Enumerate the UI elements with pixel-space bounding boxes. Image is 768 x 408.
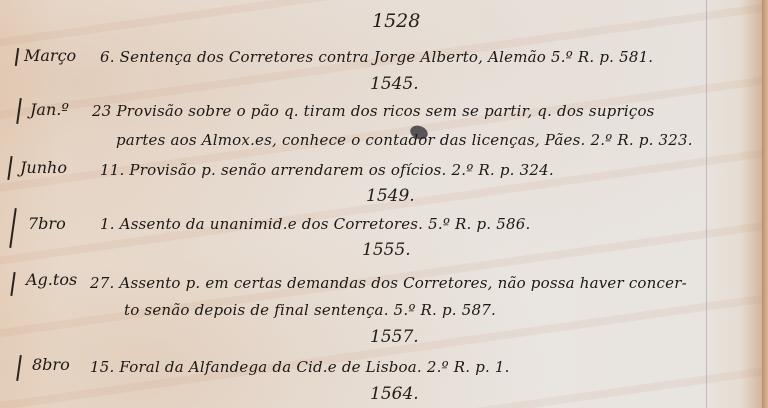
entry-month: Jan.º [30,100,69,119]
entry-text: 11. Provisão p. senão arrendarem os ofíc… [100,161,554,179]
year-heading-1528: 1528 [372,10,420,32]
entry-month: 7bro [28,214,66,233]
margin-rule [706,0,707,408]
year-heading-1545: 1545. [370,74,419,94]
entry-text: 27. Assento p. em certas demandas dos Co… [90,274,687,292]
entry-month: Março [24,46,76,65]
margin-mark [10,272,15,296]
entry-text: 6. Sentença dos Corretores contra Jorge … [100,48,653,66]
entry-text: 15. Foral da Alfandega da Cid.e de Lisbo… [90,358,510,376]
margin-mark [15,48,19,66]
year-heading-1549: 1549. [366,186,415,206]
margin-mark [16,98,22,124]
year-heading-1557: 1557. [370,327,419,347]
entry-month: Junho [20,158,67,177]
entry-month: Ag.tos [26,270,77,289]
year-heading-1564: 1564. [370,384,419,404]
entry-text: 23 Provisão sobre o pão q. tiram dos ric… [92,102,655,120]
margin-mark [9,208,17,248]
entry-text: 1. Assento da unanimid.e dos Corretores.… [100,215,530,233]
entry-continuation: partes aos Almox.es, conhece o contador … [116,131,693,149]
page-edge [762,0,768,408]
entry-month: 8bro [32,355,70,374]
year-heading-1555: 1555. [362,240,411,260]
margin-mark [7,156,12,180]
entry-continuation: to senão depois de final sentença. 5.º R… [124,301,496,319]
margin-mark [16,355,22,381]
